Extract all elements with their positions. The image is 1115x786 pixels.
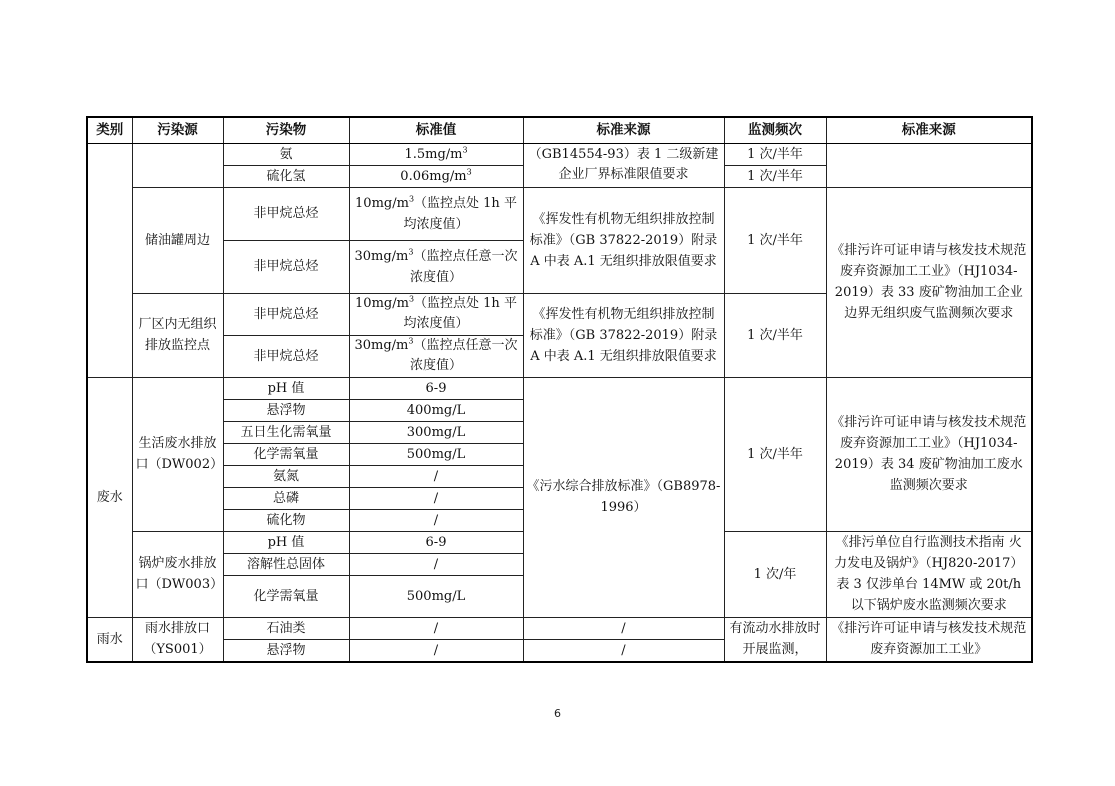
header-standard-source: 标准来源 [523,117,724,143]
pollutant-cell: 非甲烷总烃 [223,293,349,335]
value-cell: 30mg/m3（监控点任意一次浓度值） [349,335,523,377]
pollutant-cell: 悬浮物 [223,399,349,421]
standard-source-cell: （GB14554-93）表 1 二级新建企业厂界标准限值要求 [523,143,724,187]
value-cell: 500mg/L [349,575,523,617]
value-cell: 6-9 [349,377,523,399]
pollutant-cell: 非甲烷总烃 [223,240,349,293]
value-cell: 0.06mg/m3 [349,165,523,187]
frequency-cell: 有流动水排放时开展监测， [724,617,826,662]
table-row: 废水 生活废水排放口（DW002） pH 值 6-9 《污水综合排放标准》（GB… [87,377,1032,399]
standard-source-cell: 《污水综合排放标准》（GB8978-1996） [523,377,724,617]
frequency-cell: 1 次/半年 [724,143,826,165]
pollutant-cell: 非甲烷总烃 [223,335,349,377]
value-cell: / [349,509,523,531]
category-cell-empty [87,143,132,377]
value-cell: 10mg/m3（监控点处 1h 平均浓度值） [349,187,523,240]
pollutant-cell: 石油类 [223,617,349,639]
category-cell: 废水 [87,377,132,617]
monitor-source-cell: 《排污许可证申请与核发技术规范 废弃资源加工工业》 [826,617,1032,662]
standard-source-cell: 《挥发性有机物无组织排放控制标准》（GB 37822-2019）附录 A 中表 … [523,187,724,293]
table-row: 雨水 雨水排放口（YS001） 石油类 / / 有流动水排放时开展监测， 《排污… [87,617,1032,639]
frequency-cell: 1 次/半年 [724,293,826,377]
value-cell: / [349,553,523,575]
pollutant-cell: pH 值 [223,377,349,399]
source-cell: 雨水排放口（YS001） [132,617,223,662]
value-cell: / [349,639,523,662]
header-monitor-source: 标准来源 [826,117,1032,143]
value-cell: 300mg/L [349,421,523,443]
monitor-source-cell: 《排污单位自行监测技术指南 火力发电及锅炉》（HJ820-2017）表 3 仅涉… [826,531,1032,617]
header-source: 污染源 [132,117,223,143]
monitor-source-cell: 《排污许可证申请与核发技术规范 废弃资源加工工业》（HJ1034-2019）表 … [826,187,1032,377]
header-category: 类别 [87,117,132,143]
source-cell: 生活废水排放口（DW002） [132,377,223,531]
pollutant-cell: 非甲烷总烃 [223,187,349,240]
value-cell: / [349,487,523,509]
pollutant-cell: pH 值 [223,531,349,553]
frequency-cell: 1 次/半年 [724,165,826,187]
frequency-cell: 1 次/半年 [724,187,826,293]
frequency-cell: 1 次/半年 [724,377,826,531]
pollutant-cell: 化学需氧量 [223,443,349,465]
table-row: 储油罐周边 非甲烷总烃 10mg/m3（监控点处 1h 平均浓度值） 《挥发性有… [87,187,1032,240]
pollutant-cell: 硫化氢 [223,165,349,187]
value-cell: 6-9 [349,531,523,553]
standard-source-cell: / [523,639,724,662]
value-cell: / [349,465,523,487]
monitor-source-cell [826,143,1032,187]
table-header-row: 类别 污染源 污染物 标准值 标准来源 监测频次 标准来源 [87,117,1032,143]
source-cell: 锅炉废水排放口（DW003） [132,531,223,617]
standard-source-cell: / [523,617,724,639]
pollutant-cell: 氨氮 [223,465,349,487]
standard-source-cell: 《挥发性有机物无组织排放控制标准》（GB 37822-2019）附录 A 中表 … [523,293,724,377]
pollutant-cell: 硫化物 [223,509,349,531]
value-cell: 1.5mg/m3 [349,143,523,165]
pollutant-cell: 溶解性总固体 [223,553,349,575]
table-row: 氨 1.5mg/m3 （GB14554-93）表 1 二级新建企业厂界标准限值要… [87,143,1032,165]
value-cell: 30mg/m3（监控点任意一次浓度值） [349,240,523,293]
value-cell: / [349,617,523,639]
monitor-source-cell: 《排污许可证申请与核发技术规范 废弃资源加工工业》（HJ1034-2019）表 … [826,377,1032,531]
header-frequency: 监测频次 [724,117,826,143]
value-cell: 500mg/L [349,443,523,465]
pollutant-cell: 氨 [223,143,349,165]
frequency-cell: 1 次/年 [724,531,826,617]
pollutant-cell: 总磷 [223,487,349,509]
header-standard-value: 标准值 [349,117,523,143]
value-cell: 10mg/m3（监控点处 1h 平均浓度值） [349,293,523,335]
header-pollutant: 污染物 [223,117,349,143]
value-cell: 400mg/L [349,399,523,421]
source-cell: 储油罐周边 [132,187,223,293]
pollutant-cell: 悬浮物 [223,639,349,662]
pollutant-cell: 化学需氧量 [223,575,349,617]
source-cell-empty [132,143,223,187]
source-cell: 厂区内无组织排放监控点 [132,293,223,377]
pollutant-cell: 五日生化需氧量 [223,421,349,443]
category-cell: 雨水 [87,617,132,662]
page-number: 6 [0,707,1115,720]
monitoring-table: 类别 污染源 污染物 标准值 标准来源 监测频次 标准来源 氨 1.5mg/m3… [86,116,1033,663]
